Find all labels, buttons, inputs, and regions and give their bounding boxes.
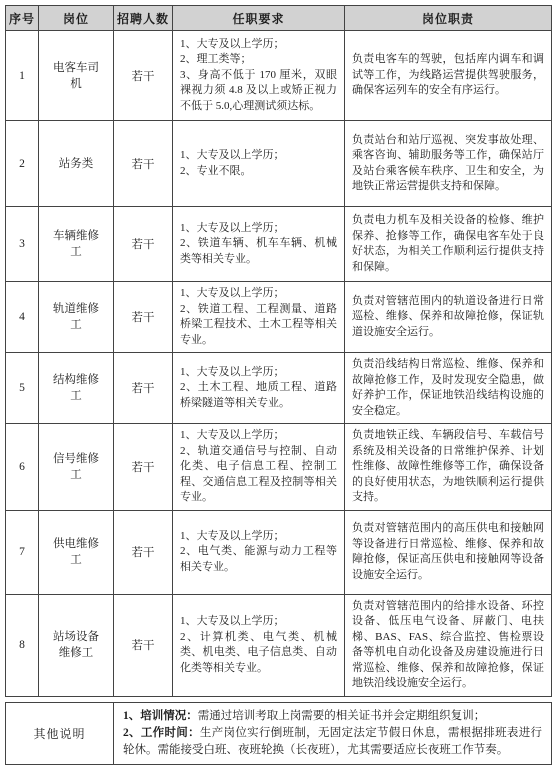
other-notes-row: 其他说明 1、培训情况：需通过培训考取上岗需要的相关证书并会定期组织复训； 2、…	[6, 702, 552, 764]
note-training-lead: 1、培训情况：	[123, 710, 198, 722]
requirements-cell: 1、大专及以上学历；2、理工类等；3、身高不低于 170 厘米，双眼裸视力须 4…	[173, 31, 345, 121]
duties-cell: 负责站台和站厅巡视、突发事故处理、乘客咨询、辅助服务等工作，确保站厅及站台乘客候…	[345, 121, 552, 207]
duties-cell: 负责对管辖范围内的轨道设备进行日常巡检、维修、保养和故障抢修，保证轨道设施安全运…	[345, 282, 552, 353]
row-number-cell: 6	[6, 424, 39, 511]
headcount-cell: 若干	[114, 207, 173, 282]
requirements-cell: 1、大专及以上学历；2、轨道交通信号与控制、自动化类、电子信息工程、控制工程、交…	[173, 424, 345, 511]
duties-cell: 负责对管辖范围内的高压供电和接触网等设备进行日常巡检、维修、保养和故障抢修，保证…	[345, 510, 552, 594]
row-number-cell: 8	[6, 594, 39, 696]
note-line-training: 1、培训情况：需通过培训考取上岗需要的相关证书并会定期组织复训；	[123, 708, 542, 725]
row-number-cell: 5	[6, 353, 39, 424]
duties-cell: 负责沿线结构日常巡检、维修、保养和故障抢修工作，及时发现安全隐患，做好养护工作，…	[345, 353, 552, 424]
requirement-item: 2、铁道车辆、机车车辆、机械类等相关专业。	[180, 236, 337, 267]
duties-cell: 负责电力机车及相关设备的检修、维护保养、抢修等工作，确保电客车处于良好状态，为相…	[345, 207, 552, 282]
requirement-item: 1、大专及以上学历；	[180, 365, 337, 381]
requirement-item: 1、大专及以上学历；	[180, 286, 337, 302]
requirement-item: 1、大专及以上学历；	[180, 148, 337, 164]
requirement-item: 2、轨道交通信号与控制、自动化类、电子信息工程、控制工程、交通信息工程及控制等相…	[180, 444, 337, 506]
row-number-cell: 4	[6, 282, 39, 353]
requirement-item: 2、电气类、能源与动力工程等相关专业。	[180, 544, 337, 575]
position-cell: 电客车司 机	[39, 31, 114, 121]
note-training-text: 需通过培训考取上岗需要的相关证书并会定期组织复训；	[198, 710, 486, 722]
position-cell: 供电维修 工	[39, 510, 114, 594]
position-cell: 站务类	[39, 121, 114, 207]
requirement-item: 1、大专及以上学历；	[180, 529, 337, 545]
header-row: 序号 岗位 招聘人数 任职要求 岗位职责	[6, 6, 552, 31]
other-notes-content: 1、培训情况：需通过培训考取上岗需要的相关证书并会定期组织复训； 2、工作时间：…	[114, 702, 552, 764]
requirement-item: 2、土木工程、地质工程、道路桥梁隧道等相关专业。	[180, 380, 337, 411]
col-header-duties: 岗位职责	[345, 6, 552, 31]
row-number-cell: 2	[6, 121, 39, 207]
col-header-number: 序号	[6, 6, 39, 31]
col-header-requirements: 任职要求	[173, 6, 345, 31]
job-table: 序号 岗位 招聘人数 任职要求 岗位职责 1电客车司 机若干1、大专及以上学历；…	[5, 5, 552, 697]
position-cell: 车辆维修 工	[39, 207, 114, 282]
requirement-item: 1、大专及以上学历；	[180, 614, 337, 630]
duties-cell: 负责地铁正线、车辆段信号、车载信号系统及相关设备的日常维护保养、计划性维修、故障…	[345, 424, 552, 511]
other-notes-label: 其他说明	[6, 702, 114, 764]
position-cell: 轨道维修 工	[39, 282, 114, 353]
headcount-cell: 若干	[114, 510, 173, 594]
note-worktime-lead: 2、工作时间：	[123, 727, 200, 739]
duties-cell: 负责电客车的驾驶，包括库内调车和调试等工作，为线路运营提供驾驶服务，确保客运列车…	[345, 31, 552, 121]
table-row: 2站务类若干1、大专及以上学历；2、专业不限。负责站台和站厅巡视、突发事故处理、…	[6, 121, 552, 207]
headcount-cell: 若干	[114, 121, 173, 207]
table-row: 4轨道维修 工若干1、大专及以上学历；2、铁道工程、工程测量、道路桥梁工程技术、…	[6, 282, 552, 353]
requirements-cell: 1、大专及以上学历；2、计算机类、电气类、机械类、机电类、电子信息类、自动化类等…	[173, 594, 345, 696]
requirement-item: 1、大专及以上学历；	[180, 428, 337, 444]
col-header-position: 岗位	[39, 6, 114, 31]
requirements-cell: 1、大专及以上学历；2、铁道车辆、机车车辆、机械类等相关专业。	[173, 207, 345, 282]
position-cell: 结构维修 工	[39, 353, 114, 424]
table-row: 6信号维修 工若干1、大专及以上学历；2、轨道交通信号与控制、自动化类、电子信息…	[6, 424, 552, 511]
other-notes-table: 其他说明 1、培训情况：需通过培训考取上岗需要的相关证书并会定期组织复训； 2、…	[5, 702, 552, 765]
requirements-cell: 1、大专及以上学历；2、土木工程、地质工程、道路桥梁隧道等相关专业。	[173, 353, 345, 424]
headcount-cell: 若干	[114, 31, 173, 121]
job-table-header: 序号 岗位 招聘人数 任职要求 岗位职责	[6, 6, 552, 31]
requirement-item: 2、专业不限。	[180, 164, 337, 180]
requirements-cell: 1、大专及以上学历；2、铁道工程、工程测量、道路桥梁工程技术、土木工程等相关专业…	[173, 282, 345, 353]
table-row: 7供电维修 工若干1、大专及以上学历；2、电气类、能源与动力工程等相关专业。负责…	[6, 510, 552, 594]
job-table-body: 1电客车司 机若干1、大专及以上学历；2、理工类等；3、身高不低于 170 厘米…	[6, 31, 552, 697]
note-line-worktime: 2、工作时间：生产岗位实行倒班制，无固定法定节假日休息，需根据排班表进行轮休。需…	[123, 725, 542, 759]
headcount-cell: 若干	[114, 282, 173, 353]
table-row: 8站场设备 维修工若干1、大专及以上学历；2、计算机类、电气类、机械类、机电类、…	[6, 594, 552, 696]
headcount-cell: 若干	[114, 353, 173, 424]
headcount-cell: 若干	[114, 594, 173, 696]
requirement-item: 3、身高不低于 170 厘米，双眼裸视力须 4.8 及以上或矫正视力不低于 5.…	[180, 68, 337, 115]
headcount-cell: 若干	[114, 424, 173, 511]
requirement-item: 1、大专及以上学历；	[180, 221, 337, 237]
position-cell: 信号维修 工	[39, 424, 114, 511]
col-header-headcount: 招聘人数	[114, 6, 173, 31]
requirement-item: 1、大专及以上学历；	[180, 37, 337, 53]
requirements-cell: 1、大专及以上学历；2、专业不限。	[173, 121, 345, 207]
table-row: 5结构维修 工若干1、大专及以上学历；2、土木工程、地质工程、道路桥梁隧道等相关…	[6, 353, 552, 424]
row-number-cell: 1	[6, 31, 39, 121]
position-cell: 站场设备 维修工	[39, 594, 114, 696]
requirement-item: 2、铁道工程、工程测量、道路桥梁工程技术、土木工程等相关专业。	[180, 302, 337, 349]
requirements-cell: 1、大专及以上学历；2、电气类、能源与动力工程等相关专业。	[173, 510, 345, 594]
requirement-item: 2、理工类等；	[180, 52, 337, 68]
table-row: 1电客车司 机若干1、大专及以上学历；2、理工类等；3、身高不低于 170 厘米…	[6, 31, 552, 121]
duties-cell: 负责对管辖范围内的给排水设备、环控设备、低压电气设备、屏蔽门、电扶梯、BAS、F…	[345, 594, 552, 696]
page: 序号 岗位 招聘人数 任职要求 岗位职责 1电客车司 机若干1、大专及以上学历；…	[0, 0, 556, 765]
row-number-cell: 7	[6, 510, 39, 594]
row-number-cell: 3	[6, 207, 39, 282]
table-row: 3车辆维修 工若干1、大专及以上学历；2、铁道车辆、机车车辆、机械类等相关专业。…	[6, 207, 552, 282]
requirement-item: 2、计算机类、电气类、机械类、机电类、电子信息类、自动化类等相关专业。	[180, 630, 337, 677]
